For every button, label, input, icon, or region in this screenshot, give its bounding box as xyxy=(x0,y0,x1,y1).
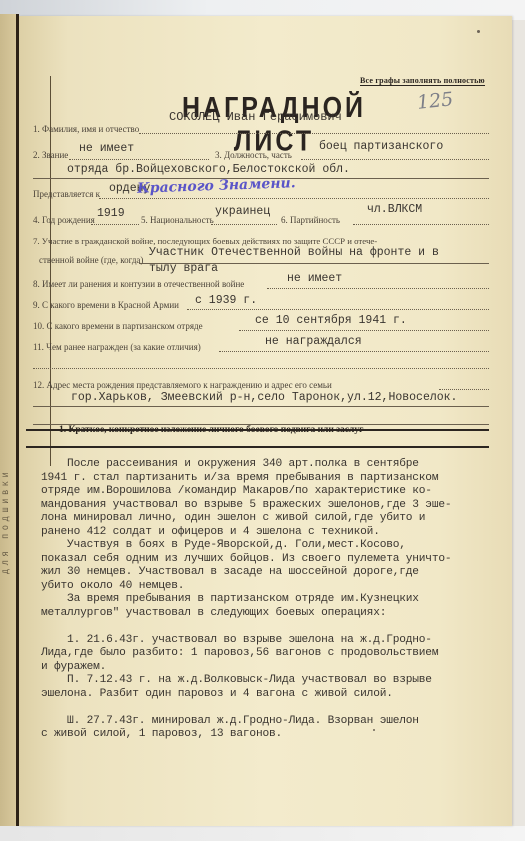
left-margin-line xyxy=(50,76,51,466)
full-name-label: 1. Фамилия, имя и отчество xyxy=(33,124,139,134)
field-line xyxy=(139,133,489,134)
narrative-line: металлургов" участвовал в следующих боев… xyxy=(41,607,471,621)
field-line xyxy=(33,406,489,407)
field-line xyxy=(33,368,489,369)
red-army-since-label: 9. С какого времени в Красной Армии xyxy=(33,300,179,310)
field-line xyxy=(219,351,489,352)
narrative-line: эшелона. Разбит один паровоз и 4 вагона … xyxy=(41,688,471,702)
narrative-line: 1941 г. стал партизанить и/за время преб… xyxy=(41,472,471,486)
narrative-line: За время пребывания в партизанском отряд… xyxy=(41,593,471,607)
section-heading: 1. Краткое, конкретное изложение личного… xyxy=(59,425,363,435)
wounds-label: 8. Имеет ли ранения и контузии в отечест… xyxy=(33,279,244,289)
award-sheet-page: Все графы заполнять полностью НАГРАДНОЙ … xyxy=(19,16,512,826)
war-participation-label-line1: 7. Участие в гражданской войне, последую… xyxy=(33,236,377,246)
narrative-line: мандования участвовал во взрыве 5 вражес… xyxy=(41,499,471,513)
adjacent-page-strip: ДЛЯ ПОДШИВКИ xyxy=(0,14,16,828)
narrative-line xyxy=(41,701,471,715)
nominated-label: Представляется к xyxy=(33,189,100,199)
field-line xyxy=(239,330,489,331)
fill-instruction: Все графы заполнять полностью xyxy=(360,76,485,86)
war-participation-label-line2: ственной войне (где, когда) xyxy=(39,255,143,265)
narrative-line: отряде им.Ворошилова /командир Макаров/п… xyxy=(41,485,471,499)
position-label: 3. Должность, часть xyxy=(215,150,292,160)
birth-year-label: 4. Год рождения xyxy=(33,215,95,225)
paper-mark xyxy=(477,30,480,33)
previous-awards-label: 11. Чем ранее награжден (за какие отличи… xyxy=(33,342,201,352)
narrative-line: лона минировал лично, один эшелон с живо… xyxy=(41,512,471,526)
scan-background-bottom xyxy=(0,826,525,841)
war-participation-value-line1: Участник Отечественной войны на фронте и… xyxy=(149,246,439,259)
archive-page-number: 125 xyxy=(416,88,454,114)
narrative-line: убито около 40 немцев. xyxy=(41,580,471,594)
address-value: гор.Харьков, Змеевский р-н,село Таронок,… xyxy=(71,391,457,404)
partisan-since-label: 10. С какого времени в партизанском отря… xyxy=(33,321,203,331)
narrative-line: Лида,где было разбито: 1 паровоз,56 ваго… xyxy=(41,647,471,661)
narrative-line: Ш. 27.7.43г. минировал ж.д.Гродно-Лида. … xyxy=(41,715,471,729)
full-name-value: СОКОЛЕЦ Иван Герасимович xyxy=(169,110,342,124)
narrative-line: показал себя одним из лучших бойцов. Из … xyxy=(41,553,471,567)
feat-narrative: После рассеивания и окружения 340 арт.по… xyxy=(41,458,471,742)
nationality-label: 5. Национальность xyxy=(141,215,214,225)
narrative-line: с живой силой, 1 паровоз, 13 вагонов. xyxy=(41,728,471,742)
field-line xyxy=(211,224,277,225)
field-line xyxy=(187,309,489,310)
paper-mark xyxy=(373,729,375,731)
field-line xyxy=(301,159,489,160)
previous-awards-value: не награждался xyxy=(265,335,362,348)
partisan-since-value: се 10 сентября 1941 г. xyxy=(255,314,407,327)
narrative-line xyxy=(41,620,471,634)
party-value: чл.ВЛКСМ xyxy=(367,203,422,216)
narrative-line: Участвуя в боях в Руде-Яворской,д. Голи,… xyxy=(41,539,471,553)
field-line xyxy=(99,198,489,199)
rank-value: не имеет xyxy=(79,142,134,155)
party-label: 6. Партийность xyxy=(281,215,340,225)
birth-year-value: 1919 xyxy=(97,207,125,220)
field-line xyxy=(353,224,489,225)
address-label: 12. Адрес места рождения представляемого… xyxy=(33,380,332,390)
red-army-since-value: с 1939 г. xyxy=(195,294,257,307)
rank-label: 2. Звание xyxy=(33,150,68,160)
binding-margin-text: ДЛЯ ПОДШИВКИ xyxy=(2,314,14,574)
narrative-line: 1. 21.6.43г. участвовал во взрыве эшелон… xyxy=(41,634,471,648)
field-line xyxy=(91,224,139,225)
field-line xyxy=(69,159,209,160)
narrative-line: После рассеивания и окружения 340 арт.по… xyxy=(41,458,471,472)
position-value-line1: боец партизанского xyxy=(319,140,443,153)
position-value-line2: отряда бр.Войцеховского,Белостокской обл… xyxy=(67,163,350,176)
narrative-line: и фуражем. xyxy=(41,661,471,675)
wounds-value: не имеет xyxy=(287,272,342,285)
narrative-line: П. 7.12.43 г. на ж.д.Волковыск-Лида учас… xyxy=(41,674,471,688)
narrative-line: жил 30 немцев. Участвовал в засаде на шо… xyxy=(41,566,471,580)
narrative-line: ранено 412 солдат и офицеров и 4 эшелона… xyxy=(41,526,471,540)
field-line xyxy=(267,288,489,289)
war-participation-value-line2: тылу врага xyxy=(149,262,218,275)
nationality-value: украинец xyxy=(215,205,270,218)
section-bottom-rule xyxy=(26,446,489,448)
field-line xyxy=(439,389,489,390)
